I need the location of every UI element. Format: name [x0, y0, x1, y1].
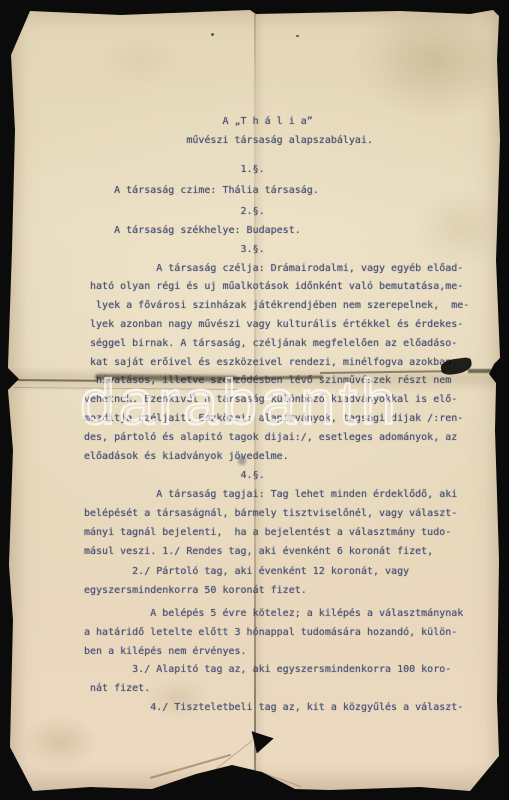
text-line: ben a kilépés nem érvényes. [84, 643, 484, 662]
text-line: ható olyan régi és uj műalkotások időnké… [84, 278, 484, 297]
member-type-4: 4./ Tiszteletbeli tag az, kit a közgyűlé… [84, 699, 484, 718]
text-line: lyek a fővárosi szinházak játékrendjében… [84, 297, 484, 316]
section-2-heading: 2.§. [84, 203, 484, 222]
text-line: egyszersmindenkorra 50 koronát fizet. [84, 582, 484, 601]
section-4-body: A társaság tagjai: Tag lehet minden érde… [84, 486, 484, 561]
text-line: művészi társaság alapszabályai. [84, 132, 484, 151]
text-line: lyek azonban nagy művészi vagy kulturáli… [84, 316, 484, 335]
text-line: 3.§. [84, 241, 484, 260]
tear-crease-line [214, 740, 253, 771]
watermark-text: darabanth [80, 372, 400, 435]
text-line: másul veszi. 1./ Rendes tag, aki évenkén… [84, 543, 484, 562]
text-line: belépését a társaságnál, bármely tisztvi… [84, 505, 484, 524]
section-3-heading: 3.§. [84, 241, 484, 260]
tear-crease-line [262, 772, 302, 787]
text-line: 3./ Alapitó tag az, aki egyszersmindenko… [84, 661, 484, 680]
fold-crease-segment [468, 369, 498, 373]
text-line: A társaság székhelye: Budapest. [84, 222, 484, 241]
ink-smudge [238, 456, 246, 465]
document-paper: A „T h á l i a” művészi társaság alapsza… [0, 0, 509, 800]
text-line: A „T h á l i a” [84, 113, 484, 132]
text-line: 2./ Pártoló tag, aki évenként 12 koronát… [84, 563, 484, 582]
text-line: A belépés 5 évre kötelez; a kilépés a vá… [84, 605, 484, 624]
text-line: a határidő letelte előtt 3 hónappal tudo… [84, 624, 484, 643]
text-line: nát fizet. [84, 680, 484, 699]
text-line: séggel birnak. A társaság, czéljának meg… [84, 335, 484, 354]
section-2-body: A társaság székhelye: Budapest. [84, 222, 484, 241]
section-1-body: A társaság czime: Thália társaság. [84, 182, 484, 201]
member-type-2: 2./ Pártoló tag, aki évenként 12 koronát… [84, 563, 484, 601]
text-line: 1.§. [84, 161, 484, 180]
paper-speck [253, 7, 256, 11]
member-type-3: 3./ Alapitó tag az, aki egyszersmindenko… [84, 661, 484, 699]
paper-speck [296, 35, 299, 37]
membership-terms: A belépés 5 évre kötelez; a kilépés a vá… [84, 605, 484, 661]
photo-stage: A „T h á l i a” művészi társaság alapsza… [0, 0, 509, 800]
text-line: 4.§. [84, 467, 484, 486]
text-line: 2.§. [84, 203, 484, 222]
text-line: A társaság czélja: Drámairodalmi, vagy e… [84, 260, 484, 279]
title-block: A „T h á l i a” művészi társaság alapsza… [84, 113, 484, 151]
text-line: mányi tagnál bejelenti, ha a bejelentést… [84, 524, 484, 543]
text-line: A társaság tagjai: Tag lehet minden érde… [84, 486, 484, 505]
section-1-heading: 1.§. [84, 161, 484, 180]
text-line: A társaság czime: Thália társaság. [84, 182, 484, 201]
text-line: 4./ Tiszteletbeli tag az, kit a közgyűlé… [84, 699, 484, 718]
text-line: előadások és kiadványok jövedelme. [84, 448, 484, 467]
paper-speck [211, 33, 214, 36]
section-4-heading: 4.§. [84, 467, 484, 486]
